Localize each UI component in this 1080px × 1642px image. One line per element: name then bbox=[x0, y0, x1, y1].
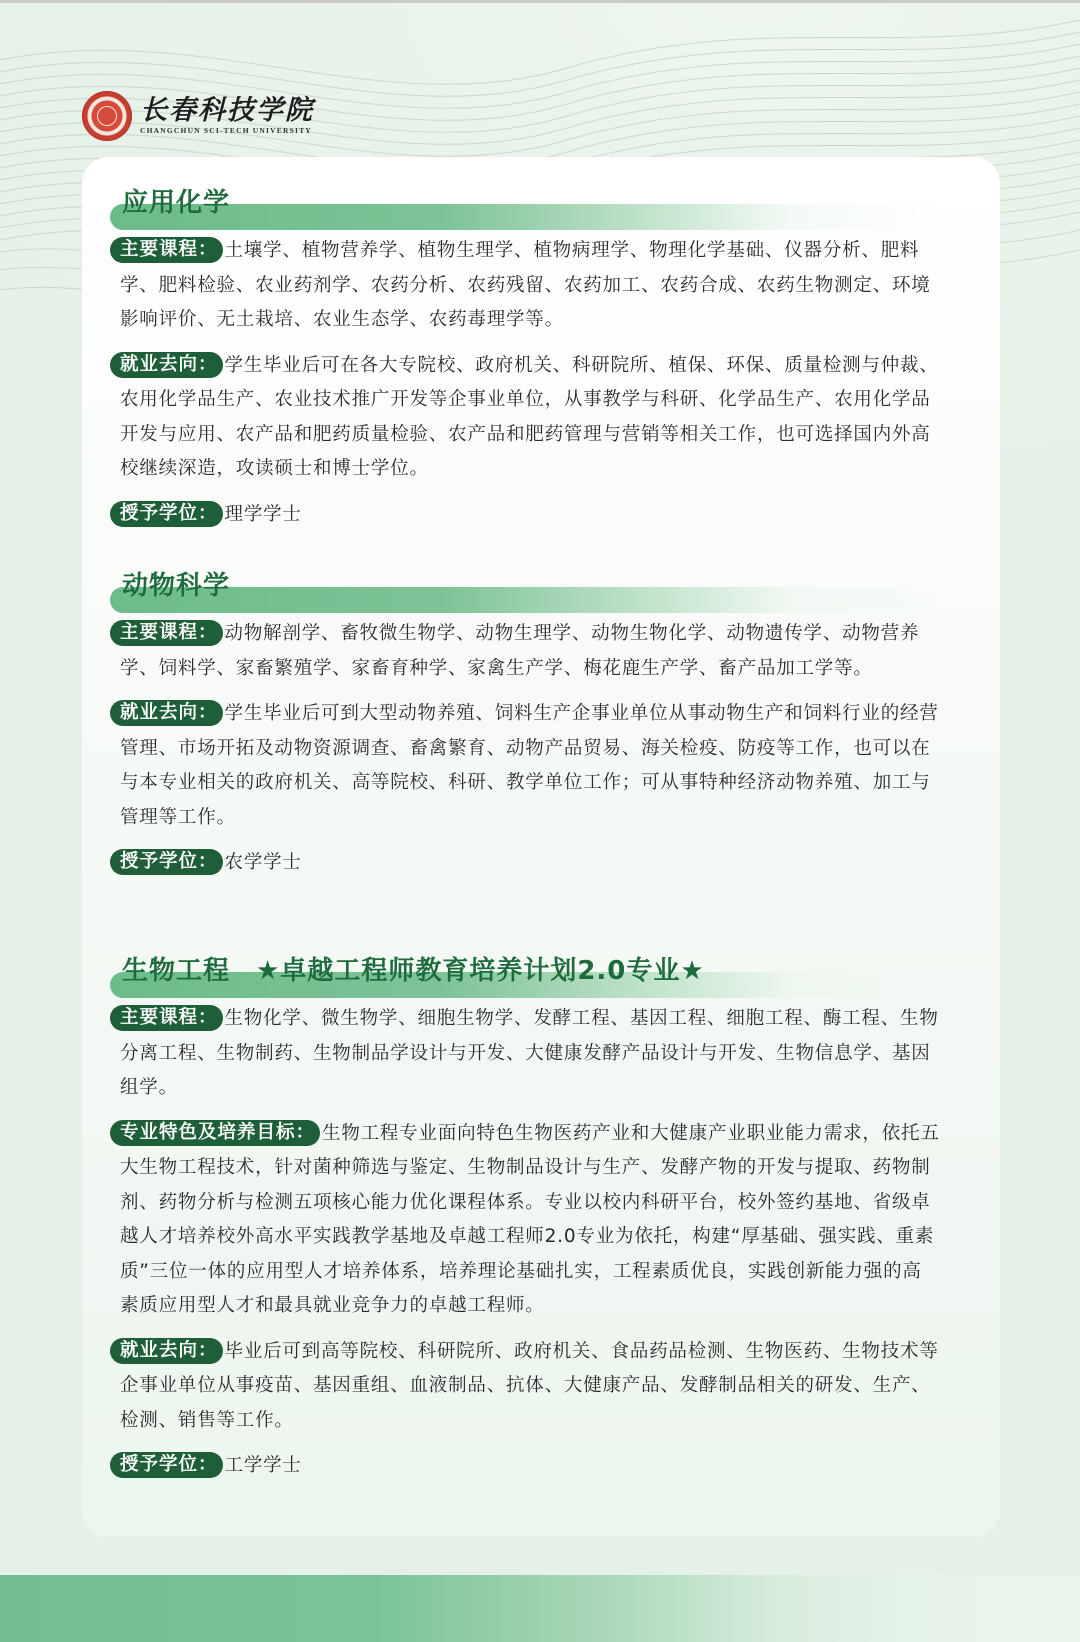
employment-tag: 就业去向： bbox=[110, 352, 223, 378]
text-line: 学、饲料学、家畜繁殖学、家畜育种学、家禽生产学、梅花鹿生产学、畜产品加工学等。 bbox=[120, 652, 940, 687]
text-line: 大生物工程技术，针对菌种筛选与鉴定、生物制品设计与生产、发酵产物的开发与提取、药… bbox=[120, 1151, 940, 1186]
text-line: 生物化学、微生物学、细胞生物学、发酵工程、基因工程、细胞工程、酶工程、生物 bbox=[225, 1008, 939, 1029]
features-tag: 专业特色及培养目标： bbox=[110, 1120, 320, 1146]
degree-tag: 授予学位： bbox=[110, 1452, 223, 1478]
logo-english-name: CHANGCHUN SCI-TECH UNIVERSITY bbox=[140, 126, 314, 136]
text-line: 素质应用型人才和最具就业竞争力的卓越工程师。 bbox=[120, 1289, 940, 1324]
title-bar-decoration bbox=[110, 204, 940, 230]
degree-paragraph: 授予学位：农学学士 bbox=[120, 846, 940, 881]
text-line: 剂、药物分析与检测五项核心能力优化课程体系。专业以校内科研平台，校外签约基地、省… bbox=[120, 1186, 940, 1221]
university-emblem-icon bbox=[82, 91, 132, 141]
text-line: 学生毕业后可在各大专院校、政府机关、科研院所、植保、环保、质量检测与仲裁、 bbox=[225, 355, 939, 376]
text-line: 与本专业相关的政府机关、高等院校、科研、教学单位工作；可从事特种经济动物养殖、加… bbox=[120, 766, 940, 801]
top-edge bbox=[0, 0, 1080, 3]
text-line: 学、肥料检验、农业药剂学、农药分析、农药残留、农药加工、农药合成、农药生物测定、… bbox=[120, 269, 940, 304]
text-line: 质”三位一体的应用型人才培养体系，培养理论基础扎实，工程素质优良，实践创新能力强… bbox=[120, 1255, 940, 1290]
section-title: 动物科学 bbox=[110, 563, 940, 607]
text-line: 检测、销售等工作。 bbox=[120, 1404, 940, 1439]
section-title: 应用化学 bbox=[110, 180, 940, 224]
section-title-text: 生物工程★卓越工程师教育培养计划2.0专业★ bbox=[122, 950, 705, 987]
section-title-text: 动物科学 bbox=[122, 565, 230, 602]
text-line: 土壤学、植物营养学、植物生理学、植物病理学、物理化学基础、仪器分析、肥料 bbox=[225, 240, 920, 261]
text-line: 校继续深造，攻读硕士和博士学位。 bbox=[120, 452, 940, 487]
courses-tag: 主要课程： bbox=[110, 237, 223, 263]
degree-paragraph: 授予学位：工学学士 bbox=[120, 1449, 940, 1484]
text-line: 企事业单位从事疫苗、基因重组、血液制品、抗体、大健康产品、发酵制品相关的研发、生… bbox=[120, 1369, 940, 1404]
courses-paragraph: 主要课程：动物解剖学、畜牧微生物学、动物生理学、动物生物化学、动物遗传学、动物营… bbox=[120, 617, 940, 686]
title-bar-decoration bbox=[110, 587, 940, 613]
employment-paragraph: 就业去向：学生毕业后可在各大专院校、政府机关、科研院所、植保、环保、质量检测与仲… bbox=[120, 349, 940, 487]
section-title: 生物工程★卓越工程师教育培养计划2.0专业★ bbox=[110, 948, 940, 992]
text-line: 农用化学品生产、农业技术推广开发等企事业单位，从事教学与科研、化学品生产、农用化… bbox=[120, 383, 940, 418]
employment-paragraph: 就业去向：毕业后可到高等院校、科研院所、政府机关、食品药品检测、生物医药、生物技… bbox=[120, 1335, 940, 1439]
text-line: 毕业后可到高等院校、科研院所、政府机关、食品药品检测、生物医药、生物技术等 bbox=[225, 1341, 939, 1362]
employment-paragraph: 就业去向：学生毕业后可到大型动物养殖、饲料生产企事业单位从事动物生产和饲料行业的… bbox=[120, 697, 940, 835]
degree-value: 工学学士 bbox=[225, 1455, 302, 1476]
university-logo: 长春科技学院 CHANGCHUN SCI-TECH UNIVERSITY bbox=[82, 88, 314, 144]
courses-tag: 主要课程： bbox=[110, 620, 223, 646]
degree-tag: 授予学位： bbox=[110, 501, 223, 527]
text-line: 动物解剖学、畜牧微生物学、动物生理学、动物生物化学、动物遗传学、动物营养 bbox=[225, 623, 920, 644]
text-line: 开发与应用、农产品和肥药质量检验、农产品和肥药管理与营销等相关工作，也可选择国内… bbox=[120, 418, 940, 453]
major-section-bioengineering: 生物工程★卓越工程师教育培养计划2.0专业★ 主要课程：生物化学、微生物学、细胞… bbox=[110, 948, 940, 1495]
text-line: 越人才培养校外高水平实践教学基地及卓越工程师2.0专业为依托，构建“厚基础、强实… bbox=[120, 1220, 940, 1255]
degree-value: 理学学士 bbox=[225, 504, 302, 525]
degree-value: 农学学士 bbox=[225, 852, 302, 873]
text-line: 管理、市场开拓及动物资源调查、畜禽繁育、动物产品贸易、海关检疫、防疫等工作，也可… bbox=[120, 732, 940, 767]
text-line: 管理等工作。 bbox=[120, 801, 940, 836]
degree-paragraph: 授予学位：理学学士 bbox=[120, 498, 940, 533]
section-title-text: 应用化学 bbox=[122, 182, 230, 219]
text-line: 生物工程专业面向特色生物医药产业和大健康产业职业能力需求，依托五 bbox=[322, 1123, 940, 1144]
courses-paragraph: 主要课程：土壤学、植物营养学、植物生理学、植物病理学、物理化学基础、仪器分析、肥… bbox=[120, 234, 940, 338]
text-line: 影响评价、无土栽培、农业生态学、农药毒理学等。 bbox=[120, 303, 940, 338]
bottom-decorative-band bbox=[0, 1575, 1080, 1642]
text-line: 学生毕业后可到大型动物养殖、饲料生产企事业单位从事动物生产和饲料行业的经营 bbox=[225, 703, 939, 724]
courses-tag: 主要课程： bbox=[110, 1005, 223, 1031]
text-line: 组学。 bbox=[120, 1071, 940, 1106]
logo-chinese-name: 长春科技学院 bbox=[140, 96, 314, 126]
employment-tag: 就业去向： bbox=[110, 1338, 223, 1364]
major-section-animal-science: 动物科学 主要课程：动物解剖学、畜牧微生物学、动物生理学、动物生物化学、动物遗传… bbox=[110, 563, 940, 892]
section-title-main: 生物工程 bbox=[122, 956, 230, 986]
employment-tag: 就业去向： bbox=[110, 700, 223, 726]
courses-paragraph: 主要课程：生物化学、微生物学、细胞生物学、发酵工程、基因工程、细胞工程、酶工程、… bbox=[120, 1002, 940, 1106]
major-section-applied-chemistry: 应用化学 主要课程：土壤学、植物营养学、植物生理学、植物病理学、物理化学基础、仪… bbox=[110, 180, 940, 543]
degree-tag: 授予学位： bbox=[110, 849, 223, 875]
text-line: 分离工程、生物制药、生物制品学设计与开发、大健康发酵产品设计与开发、生物信息学、… bbox=[120, 1037, 940, 1072]
features-paragraph: 专业特色及培养目标：生物工程专业面向特色生物医药产业和大健康产业职业能力需求，依… bbox=[120, 1117, 940, 1324]
excellence-program-badge: ★卓越工程师教育培养计划2.0专业★ bbox=[256, 956, 705, 986]
